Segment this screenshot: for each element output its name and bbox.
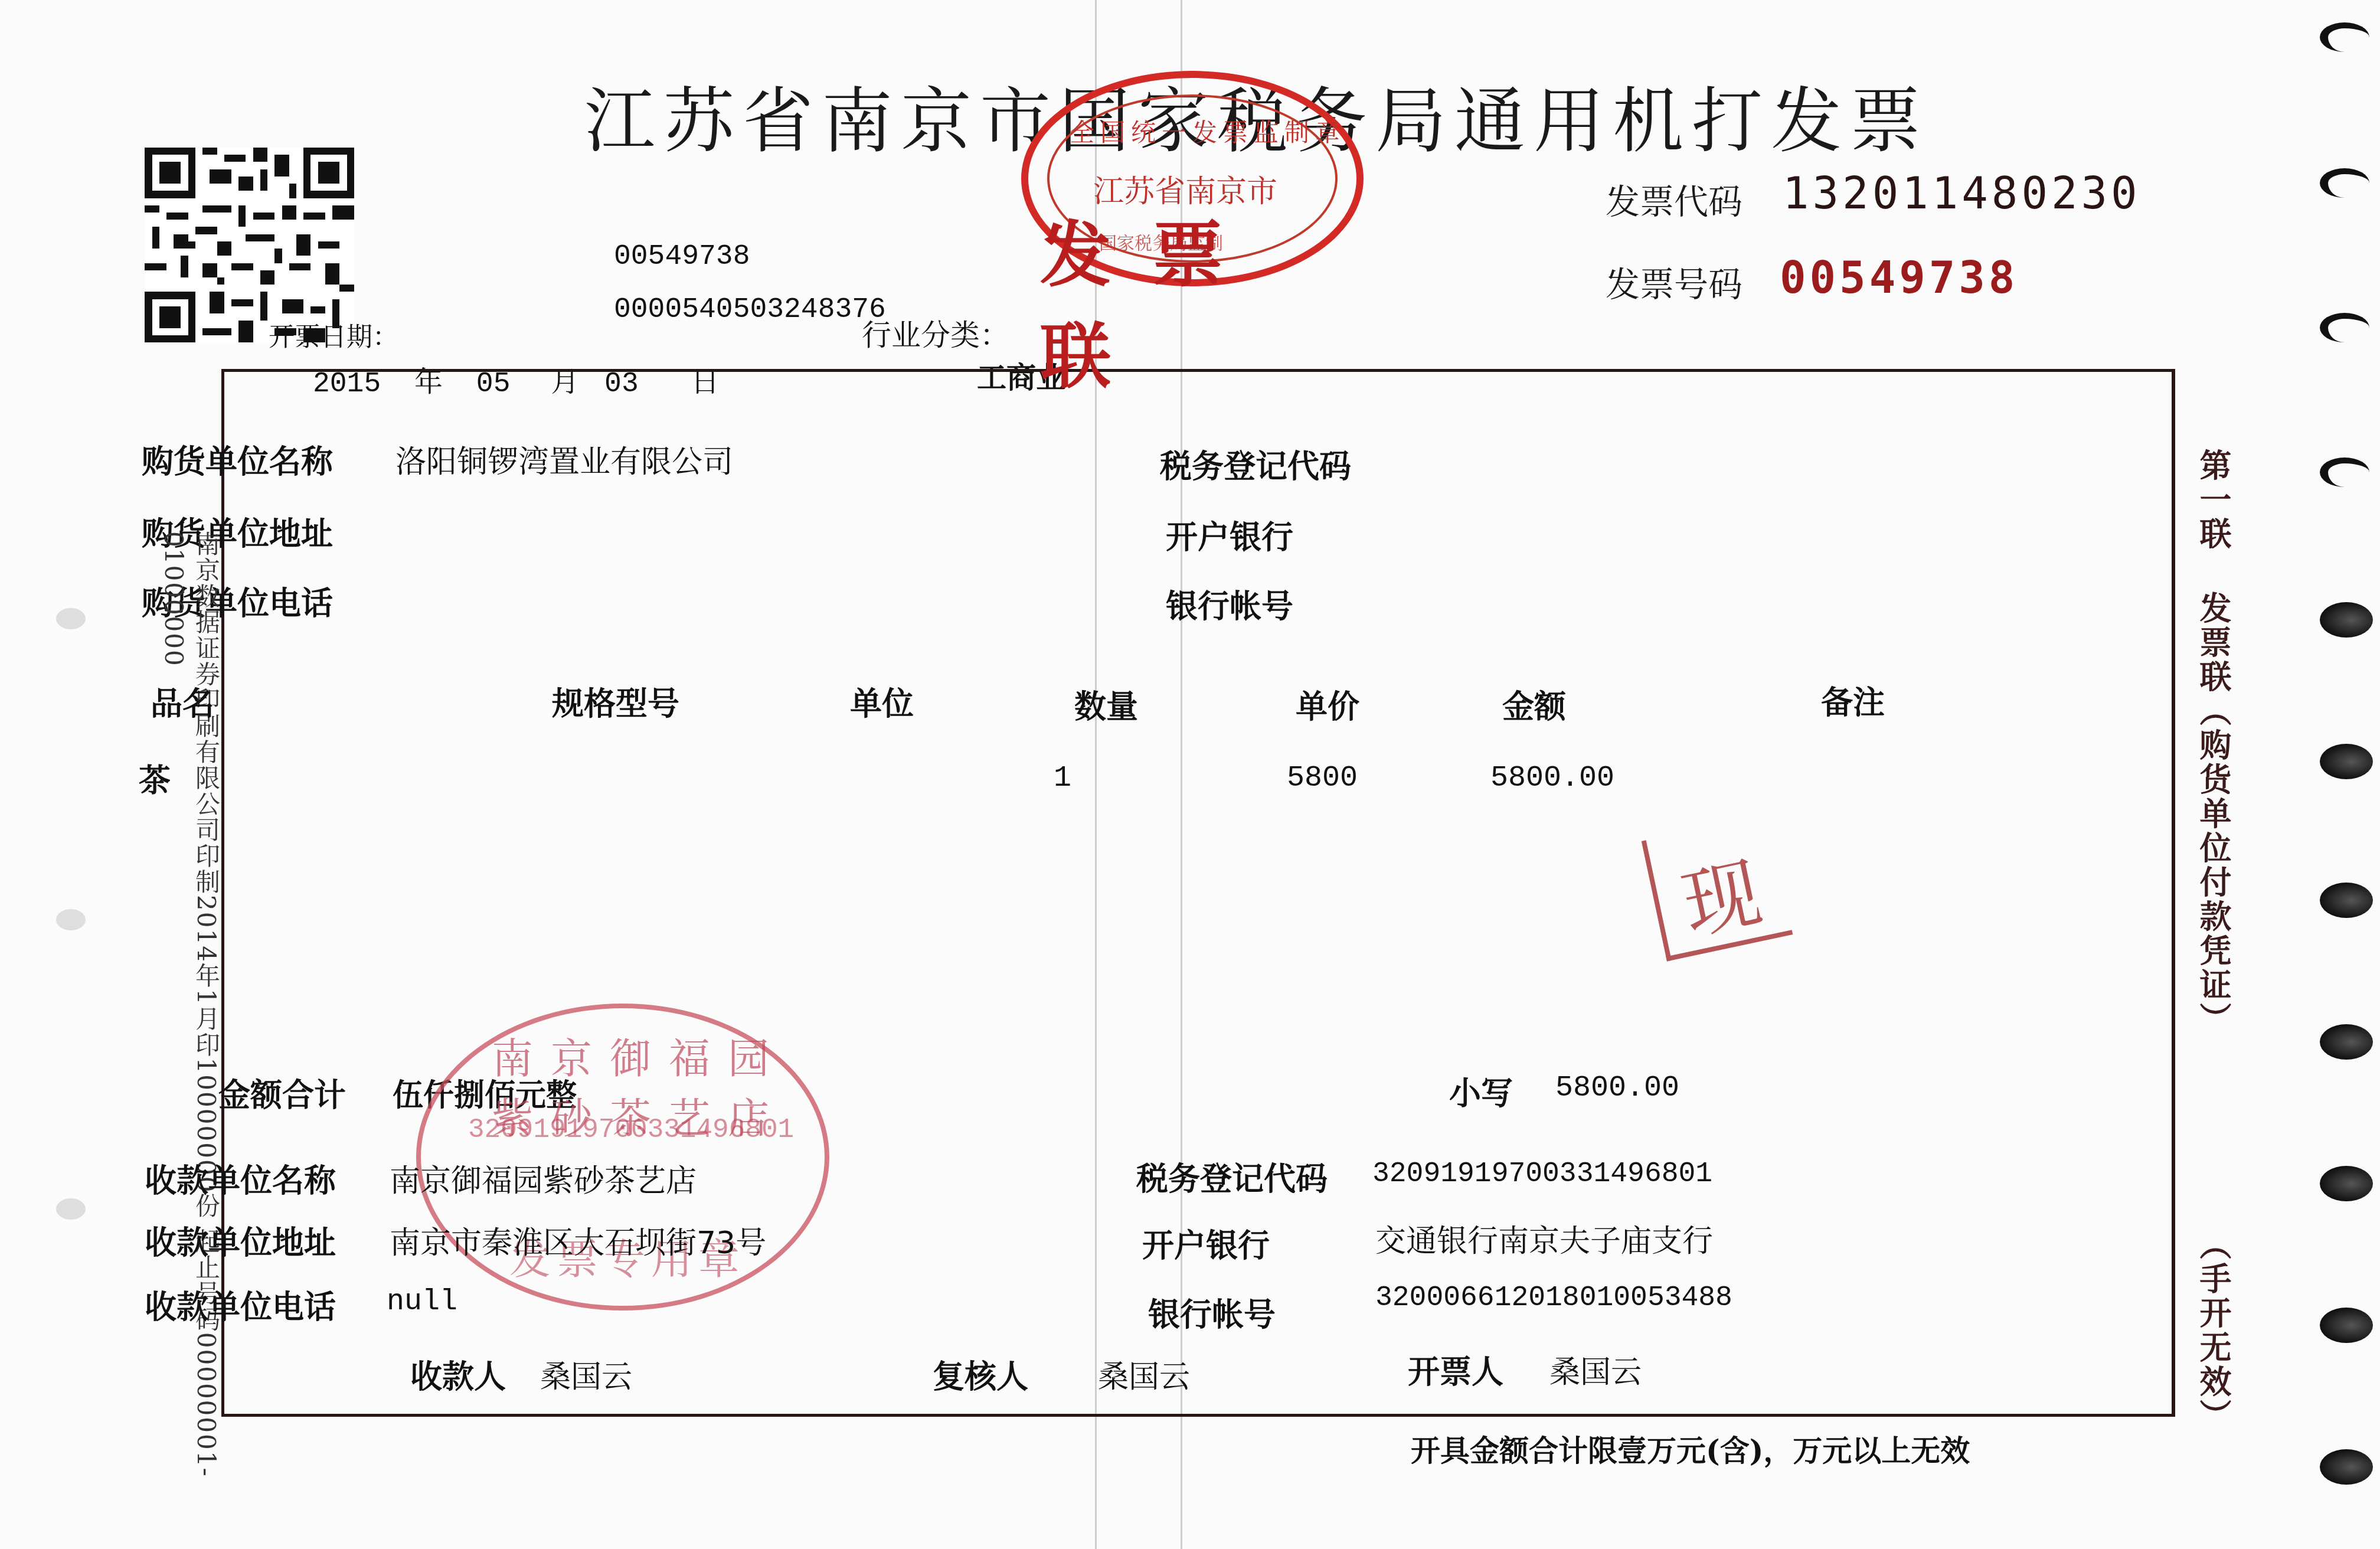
left-hole: [56, 909, 86, 930]
binding-hole: [2320, 457, 2369, 487]
item-quantity: 1: [1054, 762, 1071, 795]
oval-stamp-arc: 全国统一发票监制章: [1070, 113, 1346, 149]
machine-number: 00549738: [614, 241, 750, 273]
col-header-name: 品名: [151, 679, 214, 724]
left-hole: [56, 1198, 86, 1220]
total-label: 金额合计: [218, 1070, 346, 1116]
seller-tax-code-label: 税务登记代码: [1136, 1154, 1328, 1200]
seller-phone: null: [387, 1285, 457, 1319]
col-header-spec: 规格型号: [552, 679, 679, 724]
handwritten-invalid-note: （手开无效）: [2193, 1228, 2234, 1433]
seller-bank: 交通银行南京夫子庙支行: [1375, 1216, 1713, 1260]
binding-hole: [2320, 22, 2369, 52]
item-name: 茶: [139, 756, 171, 801]
invoice-number: 00549738: [1780, 253, 2018, 303]
total-small-value: 5800.00: [1555, 1071, 1679, 1105]
binding-hole: [2320, 744, 2373, 779]
col-header-amount: 金额: [1502, 682, 1566, 727]
reviewer-label: 复核人: [933, 1352, 1028, 1397]
binding-hole: [2320, 1308, 2373, 1343]
issue-date-label: 开票日期：: [269, 316, 398, 354]
binding-hole: [2320, 1166, 2373, 1201]
buyer-account-label: 银行帐号: [1166, 581, 1293, 627]
binding-hole: [2320, 602, 2373, 638]
reviewer: 桑国云: [1098, 1352, 1190, 1396]
binding-hole: [2320, 1024, 2373, 1060]
tax-bureau-supervision-stamp: 全国统一发票监制章 江苏省南京市 国家税务局监制 发票联: [1021, 71, 1364, 286]
payee: 桑国云: [540, 1352, 632, 1396]
col-header-unit-price: 单价: [1296, 682, 1359, 727]
left-hole: [56, 608, 86, 629]
invoice-copy-overprint: 发票联: [1040, 199, 1356, 402]
seller-bank-label: 开户银行: [1142, 1221, 1270, 1266]
binding-hole: [2320, 883, 2373, 918]
seller-address-label: 收款单位地址: [145, 1218, 336, 1263]
buyer-name: 洛阳铜锣湾置业有限公司: [395, 437, 733, 481]
seller-stamp-taxno: 320919197003314968​01: [468, 1115, 794, 1145]
payee-label: 收款人: [410, 1352, 506, 1397]
binding-hole: [2320, 1449, 2373, 1485]
buyer-tax-code-label: 税务登记代码: [1160, 442, 1351, 487]
qr-code: [145, 148, 354, 342]
buyer-name-label: 购货单位名称: [142, 437, 333, 482]
binding-hole: [2320, 313, 2369, 342]
cash-received-stamp: 现: [1642, 815, 1793, 962]
invoice-number-label: 发票号码: [1606, 257, 1742, 306]
copy-designation: 第一联 发票联（购货单位付款凭证）: [2193, 449, 2234, 1037]
issuer: 桑国云: [1549, 1347, 1642, 1391]
invoice-code-label: 发票代码: [1606, 174, 1742, 224]
seller-address: 南京市秦淮区大石坝街73号: [390, 1218, 766, 1262]
industry-label: 行业分类：: [862, 312, 1009, 354]
total-small-label: 小写: [1449, 1068, 1513, 1114]
seller-phone-label: 收款单位电话: [145, 1282, 336, 1328]
seller-account-label: 银行帐号: [1148, 1290, 1276, 1335]
invoice-code: 132011480230: [1783, 168, 2141, 219]
seller-account: 320006612018010053488: [1375, 1282, 1732, 1314]
binding-hole: [2320, 168, 2369, 198]
seller-name-label: 收款单位名称: [145, 1156, 336, 1201]
buyer-bank-label: 开户银行: [1166, 512, 1293, 558]
amount-limit-note: 开具金额合计限壹万元(含)，万元以上无效: [1411, 1427, 1970, 1470]
col-header-note: 备注: [1821, 678, 1885, 723]
item-amount: 5800.00: [1490, 762, 1614, 795]
col-header-unit: 单位: [850, 679, 914, 724]
verification-code: 000054050324837​6: [614, 294, 886, 326]
col-header-quantity: 数量: [1074, 682, 1138, 727]
issuer-label: 开票人: [1408, 1347, 1503, 1393]
seller-tax-code: 320919197003314968​01: [1372, 1158, 1712, 1190]
seller-name: 南京御福园紫砂茶艺店: [390, 1156, 697, 1200]
item-unit-price: 5800: [1287, 762, 1358, 795]
